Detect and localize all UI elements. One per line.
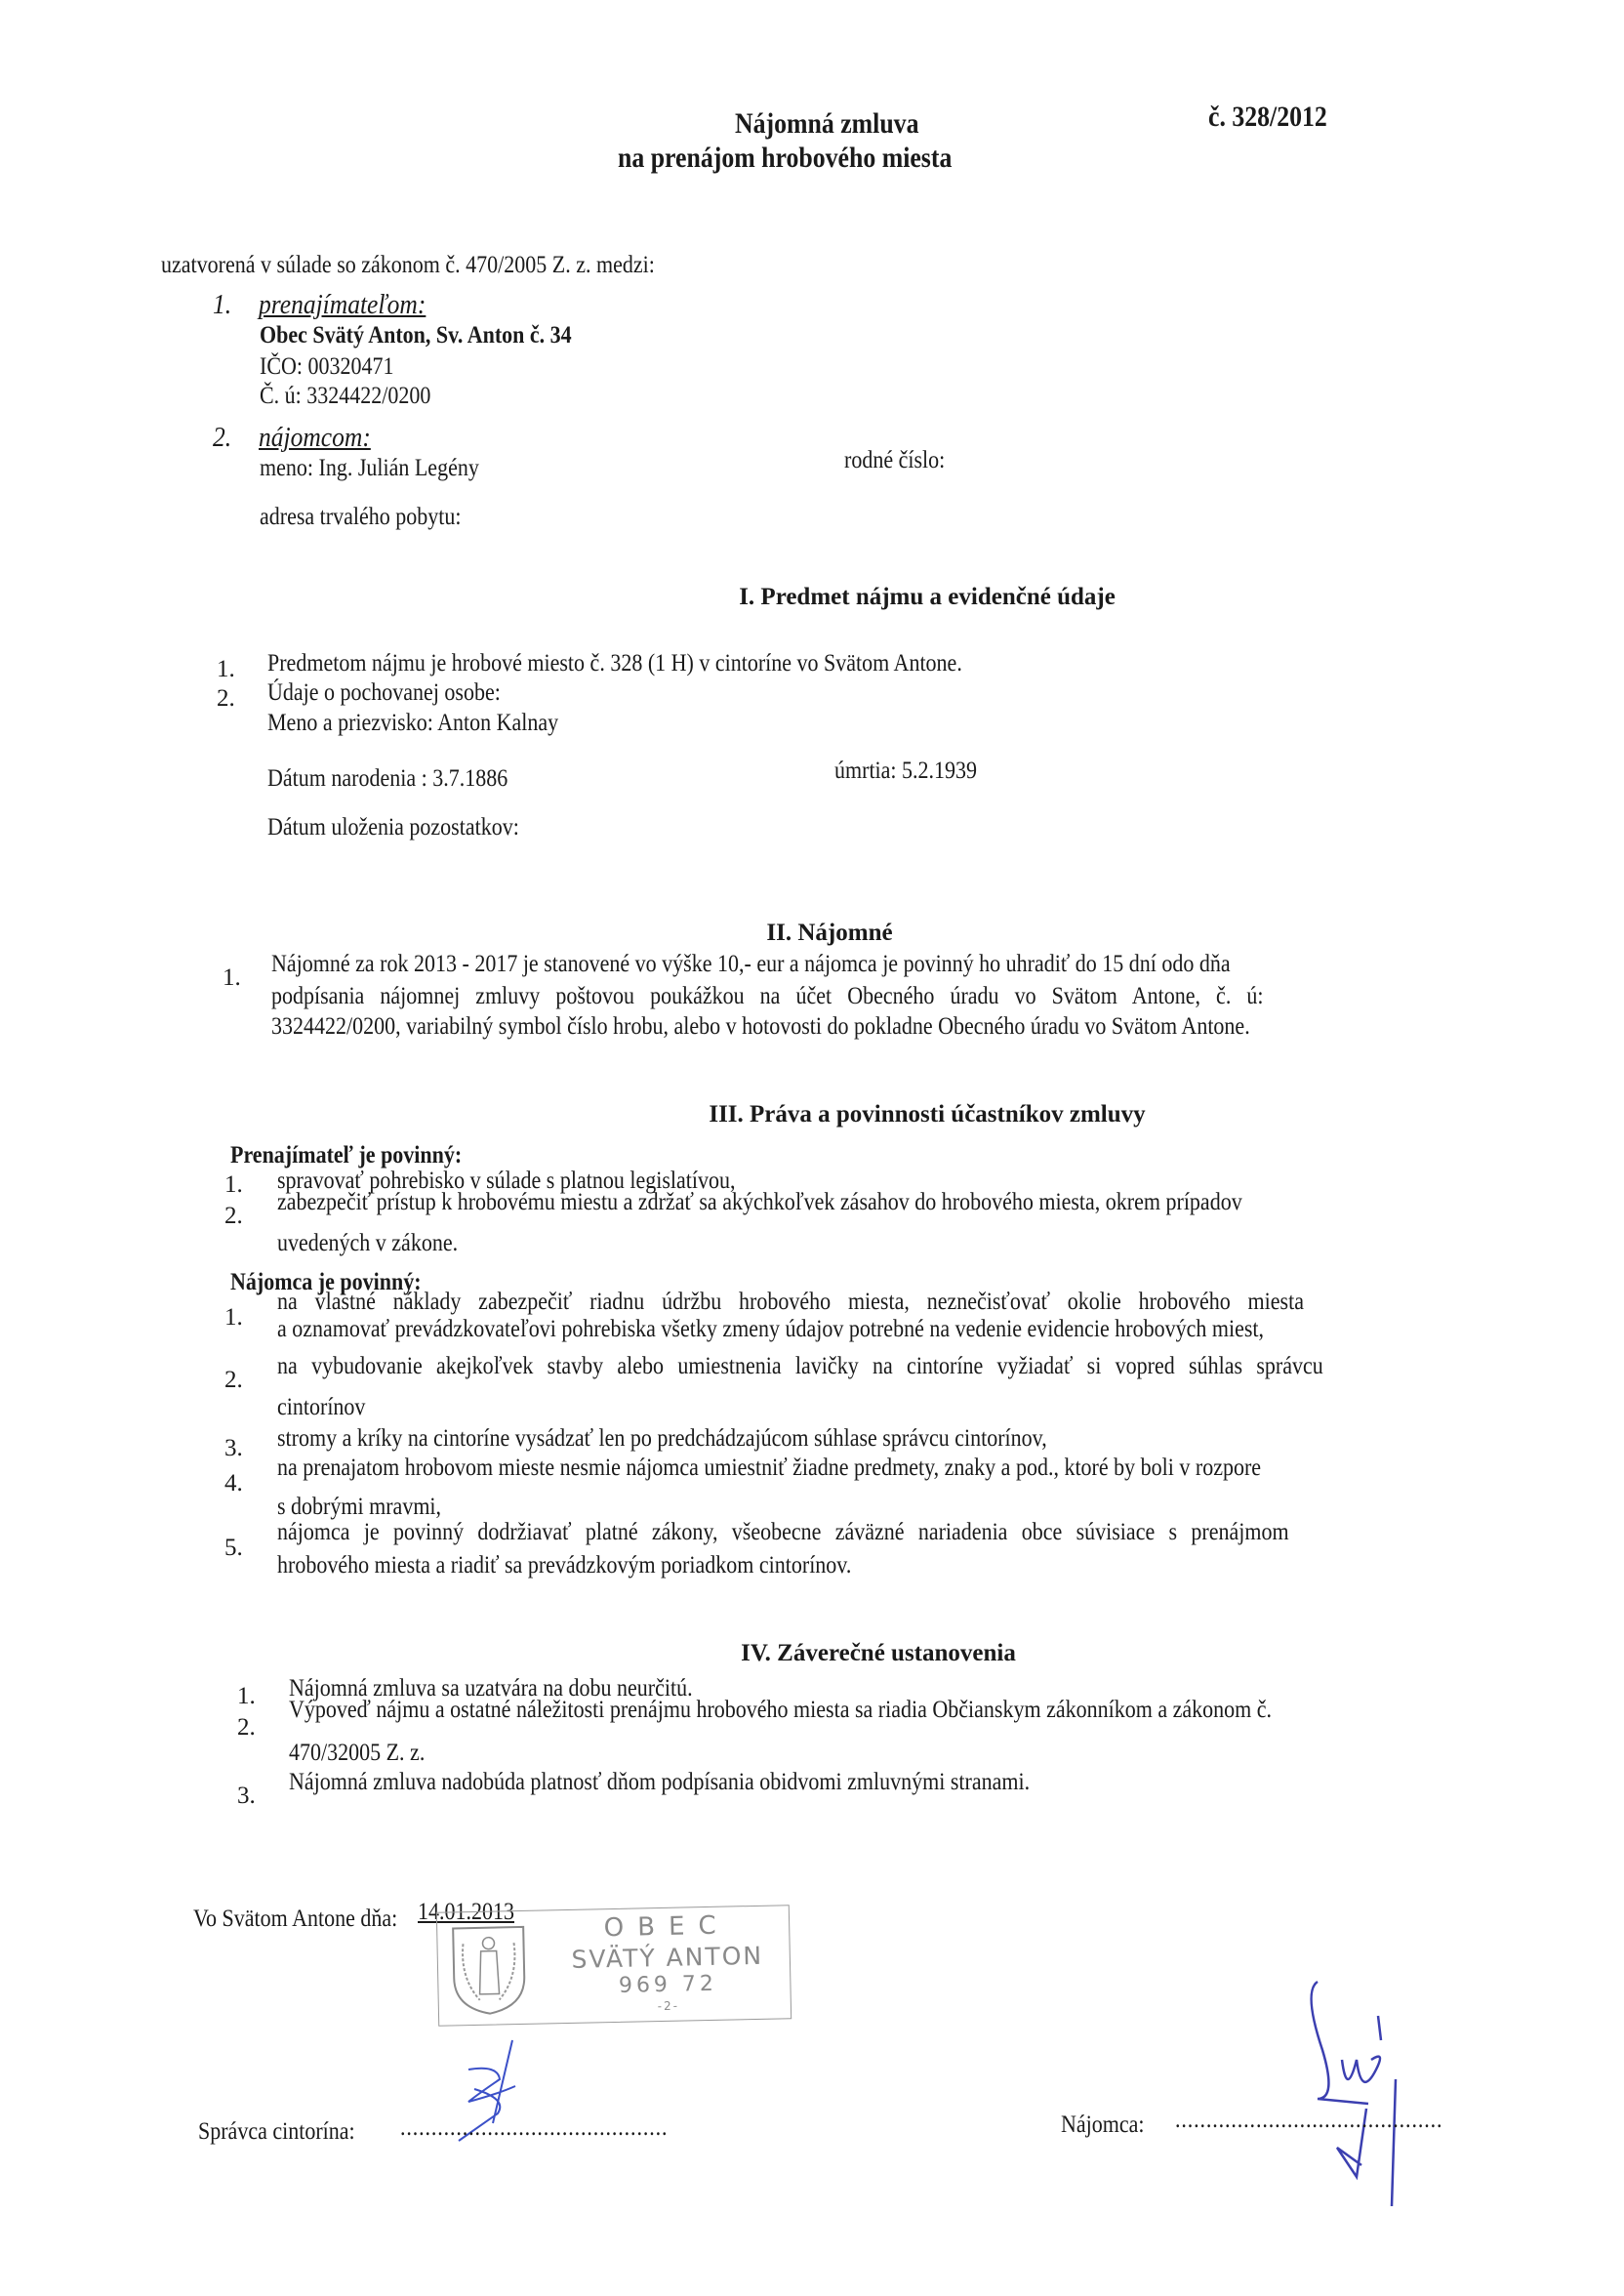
lessee-label: nájomcom:	[259, 422, 371, 454]
section2-line3: 3324422/0200, variabilný symbol číslo hr…	[271, 1013, 1250, 1041]
final-item1-number: 1.	[237, 1683, 256, 1710]
intro-text: uzatvorená v súlade so zákonom č. 470/20…	[161, 252, 655, 279]
section2-heading: II. Nájomné	[625, 920, 1035, 947]
lessor-name: Obec Svätý Anton, Sv. Anton č. 34	[260, 322, 572, 349]
lessee-duty4-text-cont: s dobrými mravmi,	[277, 1494, 441, 1521]
lessee-name: meno: Ing. Julián Legény	[260, 455, 479, 482]
lessee-duty2-text: na vybudovanie akejkoľvek stavby alebo u…	[277, 1353, 1323, 1380]
document-title-line1: Nájomná zmluva	[735, 107, 918, 141]
lessor-duties-heading: Prenajímateľ je povinný:	[230, 1142, 462, 1169]
section2-item-number: 1.	[223, 964, 241, 992]
stamp-line2: SVÄTÝ ANTON	[560, 1942, 776, 1975]
stamp-line4: -2-	[561, 1997, 776, 2016]
section3-heading: III. Práva a povinnosti účastníkov zmluv…	[488, 1101, 1366, 1128]
coat-of-arms-icon	[449, 1923, 529, 2018]
lessee-signature-label: Nájomca:	[1061, 2111, 1145, 2139]
official-stamp: OBEC SVÄTÝ ANTON 969 72 -2-	[436, 1905, 792, 2027]
lessor-account: Č. ú: 3324422/0200	[260, 383, 430, 410]
birth-date: Dátum narodenia : 3.7.1886	[267, 765, 507, 793]
lessee-duty3-text: stromy a kríky na cintoríne vysádzať len…	[277, 1425, 1047, 1453]
final-item3-number: 3.	[237, 1783, 256, 1810]
lessee-duty1-text-cont: a oznamovať prevádzkovateľovi pohrebiska…	[277, 1316, 1264, 1343]
final-item2-text-cont: 470/32005 Z. z.	[289, 1740, 425, 1767]
section1-item2-number: 2.	[217, 685, 235, 713]
lessee-duty2-text-cont: cintorínov	[277, 1394, 365, 1421]
address-label: adresa trvalého pobytu:	[260, 504, 461, 531]
remains-date-label: Dátum uloženia pozostatkov:	[267, 814, 519, 841]
section1-item1-text: Predmetom nájmu je hrobové miesto č. 328…	[267, 650, 962, 677]
death-date: úmrtia: 5.2.1939	[834, 758, 977, 785]
stamp-line1: OBEC	[559, 1910, 775, 1945]
lessee-duty3-number: 3.	[224, 1435, 243, 1462]
lessor-duty1-number: 1.	[224, 1171, 243, 1199]
contract-number: č. 328/2012	[1208, 101, 1327, 134]
lessee-duty5-number: 5.	[224, 1535, 243, 1562]
final-item2-text: Výpoveď nájmu a ostatné náležitosti pren…	[289, 1697, 1272, 1724]
lessee-signature-line: ........................................…	[1175, 2107, 1442, 2134]
lessor-duty2-text: zabezpečiť prístup k hrobovému miestu a …	[277, 1189, 1242, 1216]
section4-heading: IV. Záverečné ustanovenia	[586, 1640, 1171, 1667]
lessee-signature	[1298, 1972, 1415, 2206]
lessee-duty1-number: 1.	[224, 1304, 243, 1332]
section1-item2-text: Údaje o pochovanej osobe:	[267, 679, 501, 707]
lessor-duty2-text-cont: uvedených v zákone.	[277, 1230, 458, 1257]
final-item3-text: Nájomná zmluva nadobúda platnosť dňom po…	[289, 1769, 1030, 1796]
section2-line2: podpísania nájomnej zmluvy poštovou pouk…	[271, 983, 1263, 1010]
lessee-duty5-text-cont: hrobového miesta a riadiť sa prevádzkový…	[277, 1552, 851, 1579]
lessee-duty4-text: na prenajatom hrobovom mieste nesmie náj…	[277, 1455, 1261, 1482]
section2-line1: Nájomné za rok 2013 - 2017 je stanovené …	[271, 951, 1231, 978]
lessee-duty1-text: na vlastné náklady zabezpečiť riadnu údr…	[277, 1289, 1304, 1316]
lessee-index: 2.	[213, 422, 231, 454]
section1-item1-number: 1.	[217, 656, 235, 683]
administrator-signature-line: ........................................…	[400, 2114, 668, 2142]
place-date-label: Vo Svätom Antone dňa:	[193, 1906, 397, 1933]
deceased-name: Meno a priezvisko: Anton Kalnay	[267, 710, 558, 737]
administrator-label: Správca cintorína:	[198, 2118, 355, 2146]
lessee-duty5-text: nájomca je povinný dodržiavať platné zák…	[277, 1519, 1289, 1546]
lessor-ico: IČO: 00320471	[260, 353, 394, 381]
section1-heading: I. Predmet nájmu a evidenčné údaje	[356, 584, 1498, 611]
lessor-duty2-number: 2.	[224, 1203, 243, 1230]
stamp-line3: 969 72	[560, 1971, 775, 2000]
document-title-line2: na prenájom hrobového miesta	[618, 142, 952, 175]
lessee-duty2-number: 2.	[224, 1367, 243, 1394]
lessor-label: prenajímateľom:	[259, 289, 426, 321]
lessor-index: 1.	[213, 289, 231, 321]
lessee-duty4-number: 4.	[224, 1470, 243, 1497]
final-item2-number: 2.	[237, 1714, 256, 1742]
birth-number-label: rodné číslo:	[844, 447, 945, 474]
